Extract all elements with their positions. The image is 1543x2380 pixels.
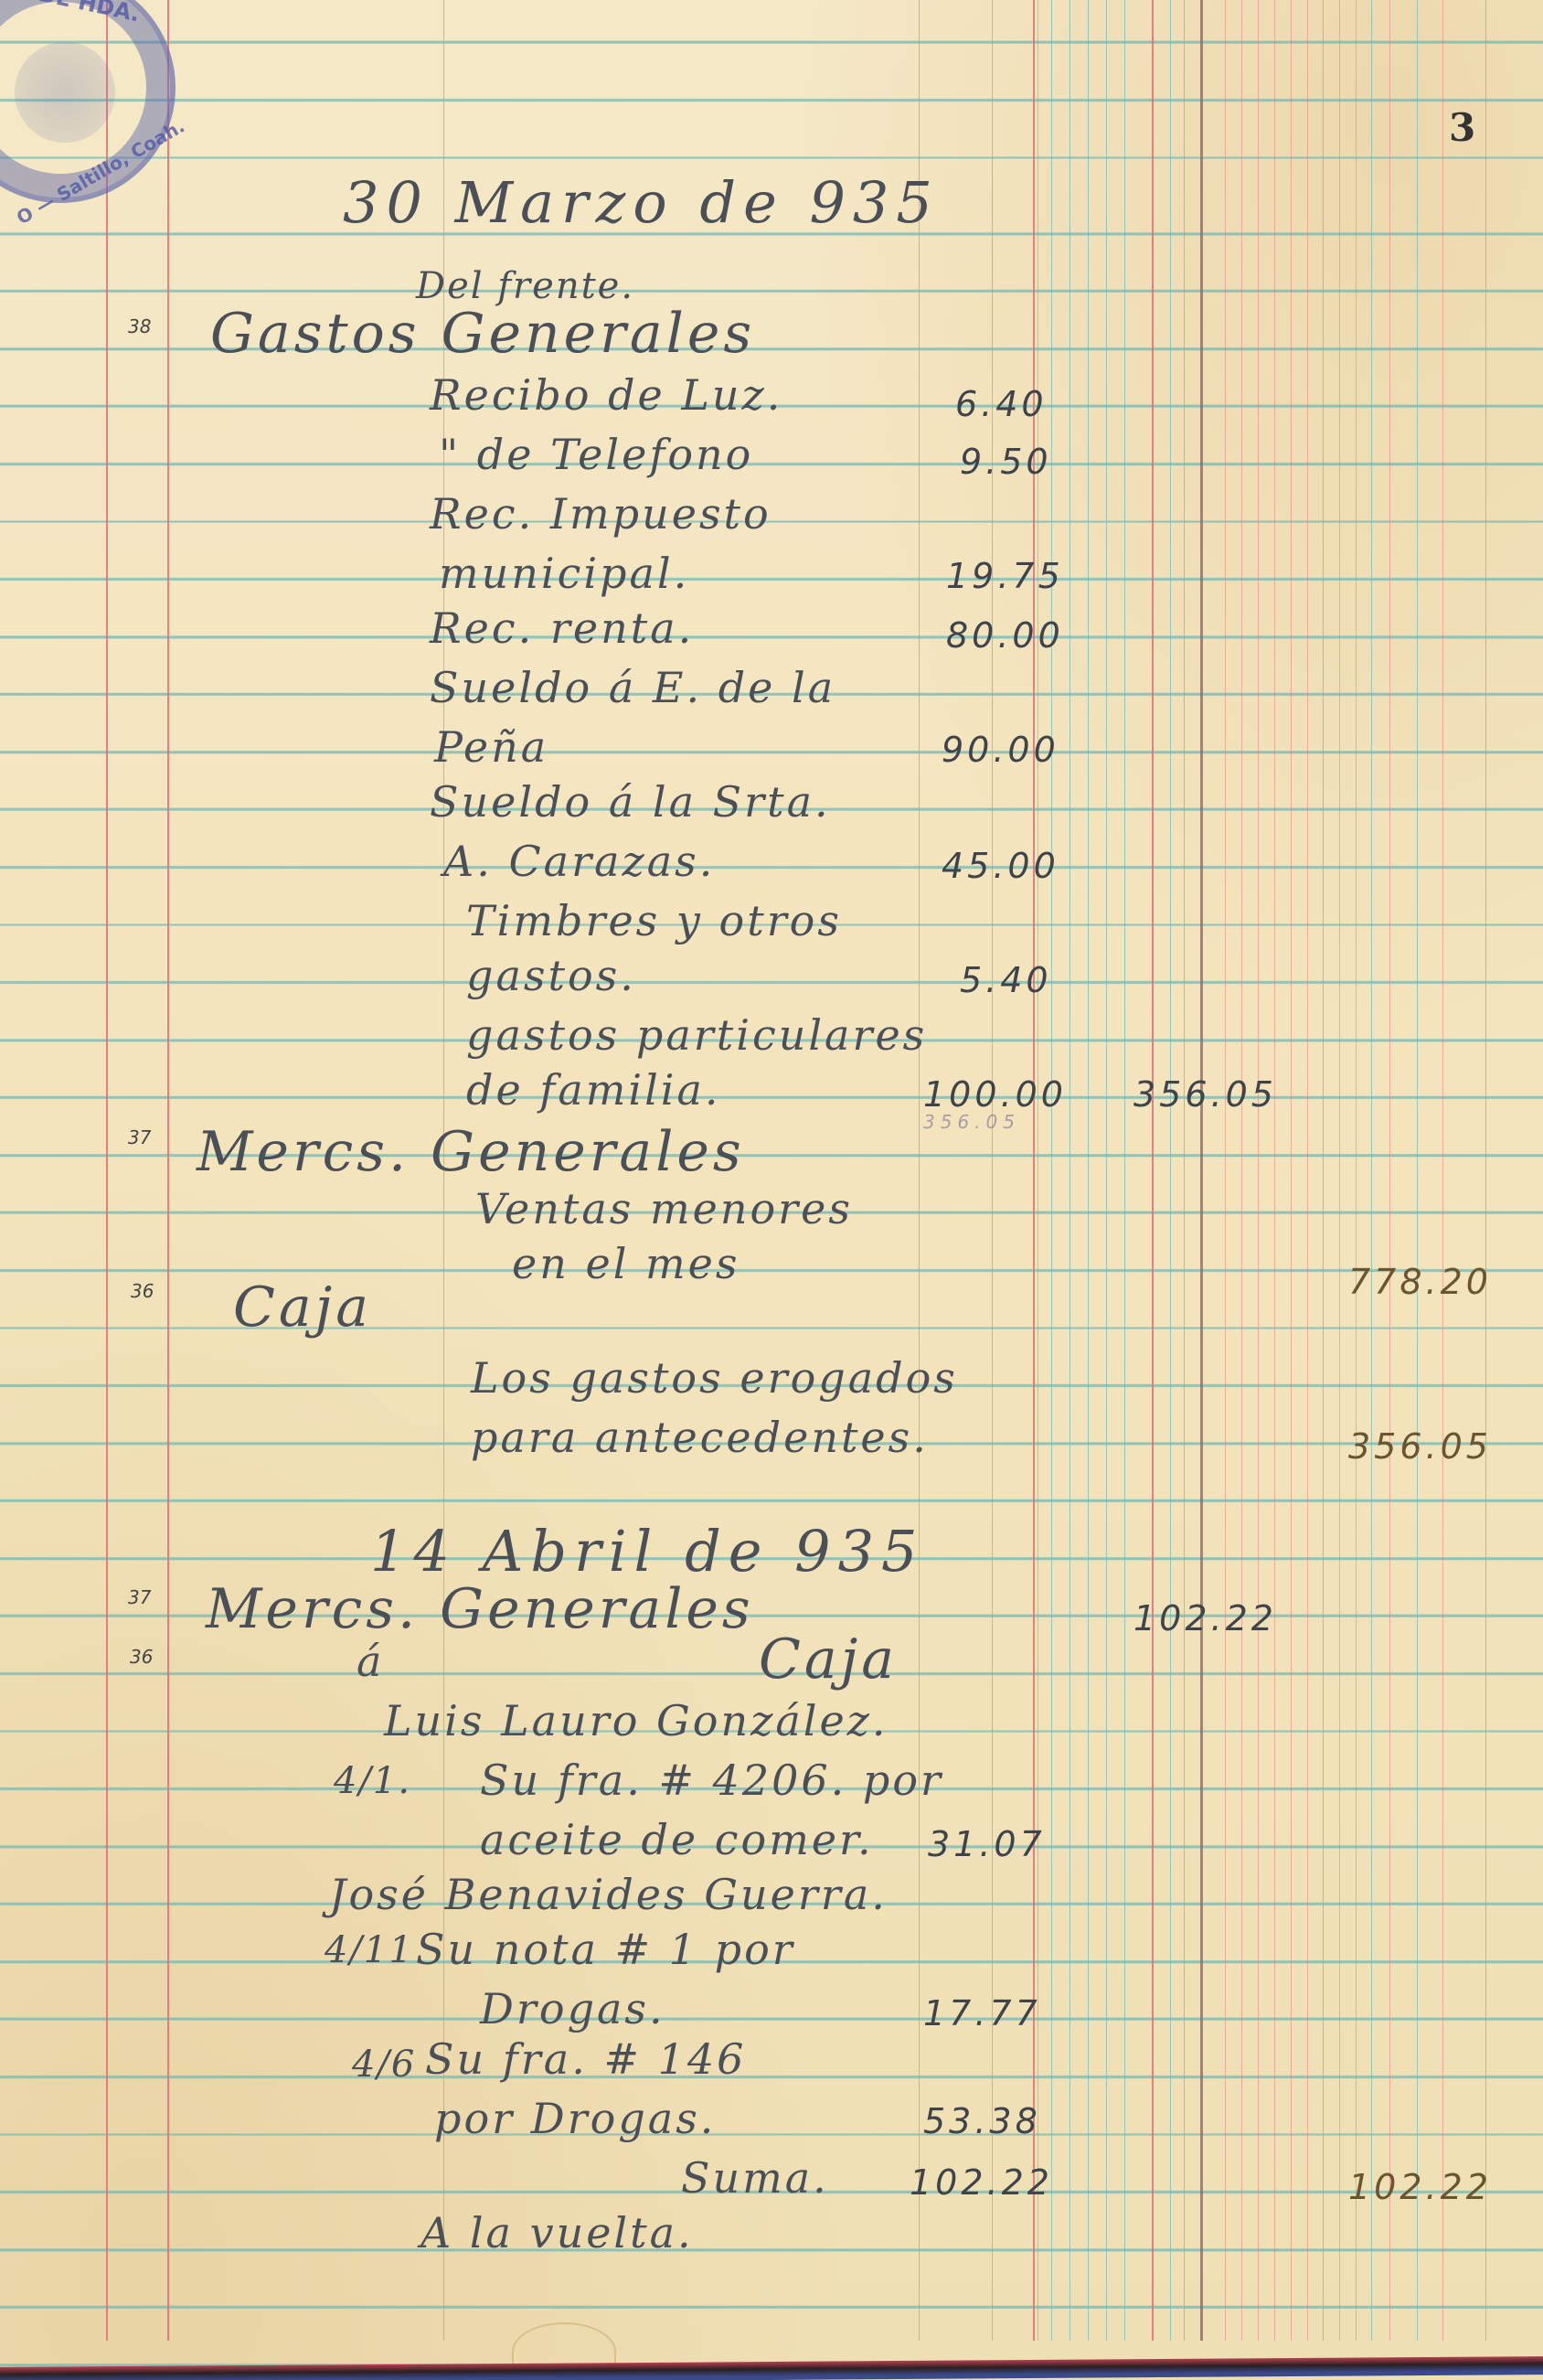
item-desc: de familia. — [466, 1065, 721, 1115]
line-date: 4/11 — [325, 1929, 414, 1971]
line-desc: Drogas. — [480, 1984, 665, 2033]
line-date: 4/1. — [334, 1760, 411, 1802]
line-desc: por Drogas. — [434, 2094, 716, 2143]
column-rule — [1152, 0, 1154, 2341]
item-amount: 6.40 — [955, 384, 1048, 424]
vendor-name: José Benavides Guerra. — [329, 1870, 888, 1919]
stamp-top-text: DE HDA. — [36, 0, 142, 27]
continued-note: A la vuelta. — [420, 2208, 694, 2257]
column-rule — [1442, 0, 1443, 2341]
item-desc: Rec. renta. — [430, 603, 694, 653]
column-divider — [1200, 0, 1203, 2341]
guide-rule — [1485, 0, 1486, 2341]
line-desc: aceite de comer. — [480, 1815, 874, 1864]
item-desc: gastos. — [466, 951, 636, 1000]
entry-line: en el mes — [512, 1239, 740, 1288]
credit-prefix: á — [356, 1637, 384, 1686]
column-rule — [1339, 0, 1340, 2341]
eagle-seal-icon — [15, 42, 115, 143]
page-edge — [0, 2356, 1543, 2380]
item-amount: 9.50 — [960, 442, 1052, 482]
item-desc: gastos particulares — [466, 1010, 927, 1060]
account-name: Caja — [759, 1628, 898, 1692]
credit-amount: 102.22 — [1348, 2167, 1492, 2207]
ledger-page: DE HDA. O — Saltillo, Coah. 3 30 Marzo d… — [0, 0, 1543, 2380]
item-desc: Recibo de Luz. — [430, 370, 782, 420]
column-rule — [1274, 0, 1275, 2341]
column-rule — [1241, 0, 1242, 2341]
column-rule — [1033, 0, 1035, 2341]
line-amount: 53.38 — [923, 2101, 1041, 2141]
sum-amount: 102.22 — [910, 2162, 1053, 2203]
item-amount: 45.00 — [942, 846, 1059, 886]
folio-ref: 36 — [130, 1646, 153, 1668]
line-desc: Su nota # 1 por — [416, 1925, 795, 1974]
guide-rule — [1371, 0, 1372, 2341]
debit-total: 356.05 — [1133, 1074, 1277, 1115]
column-rule — [1225, 0, 1226, 2341]
official-stamp: DE HDA. O — Saltillo, Coah. — [0, 0, 176, 203]
entry-line: Ventas menores — [475, 1184, 853, 1233]
page-number: 3 — [1449, 105, 1475, 150]
account-name: Mercs. Generales — [197, 1120, 745, 1184]
line-amount: 17.77 — [923, 1993, 1041, 2033]
item-desc: " de Telefono — [439, 430, 753, 479]
credit-amount: 778.20 — [1348, 1262, 1492, 1302]
account-name: Gastos Generales — [210, 302, 755, 366]
item-amount: 19.75 — [946, 556, 1064, 596]
item-amount: 90.00 — [942, 730, 1059, 770]
item-desc: Peña — [434, 722, 548, 772]
item-amount: 80.00 — [946, 615, 1064, 656]
guide-rule — [1106, 0, 1107, 2341]
item-desc: municipal. — [439, 549, 689, 598]
column-rule — [1356, 0, 1357, 2341]
guide-rule — [1088, 0, 1089, 2341]
account-name: Mercs. Generales — [206, 1577, 754, 1641]
item-amount: 5.40 — [960, 960, 1052, 1000]
margin-rule-1 — [106, 0, 108, 2341]
guide-rule — [1184, 0, 1185, 2341]
line-date: 4/6 — [352, 2044, 416, 2086]
guide-rule — [919, 0, 920, 2341]
guide-rule — [1170, 0, 1171, 2341]
vendor-name: Luis Lauro González. — [384, 1696, 889, 1745]
line-desc: Su fra. # 146 — [425, 2034, 746, 2084]
item-desc: A. Carazas. — [443, 837, 715, 886]
line-desc: Su fra. # 4206. por — [480, 1756, 943, 1805]
column-rule — [1258, 0, 1259, 2341]
debit-amount: 102.22 — [1133, 1598, 1277, 1638]
entry-date: 14 Abril de 935 — [370, 1518, 925, 1585]
folio-ref: 37 — [128, 1586, 151, 1608]
guide-rule — [1051, 0, 1052, 2341]
pencil-note: 356.05 — [923, 1111, 1020, 1133]
column-rule — [1038, 0, 1038, 2341]
line-amount: 31.07 — [928, 1824, 1046, 1864]
column-rule — [1389, 0, 1390, 2341]
entry-date: 30 Marzo de 935 — [343, 169, 940, 236]
margin-rule-2 — [167, 0, 169, 2341]
sum-label: Suma. — [681, 2153, 829, 2203]
guide-rule — [1417, 0, 1418, 2341]
guide-rule — [1124, 0, 1125, 2341]
entry-line: para antecedentes. — [471, 1413, 929, 1462]
column-rule — [1291, 0, 1292, 2341]
item-desc: Sueldo á E. de la — [430, 663, 835, 712]
folio-ref: 36 — [131, 1280, 154, 1302]
folio-ref: 38 — [128, 315, 151, 337]
guide-rule — [1069, 0, 1070, 2341]
item-desc: Sueldo á la Srta. — [430, 777, 831, 827]
guide-rule — [992, 0, 993, 2341]
account-name: Caja — [233, 1275, 372, 1339]
guide-rule — [1323, 0, 1324, 2341]
item-amount: 100.00 — [923, 1074, 1067, 1115]
credit-amount: 356.05 — [1348, 1426, 1492, 1467]
entry-line: Los gastos erogados — [471, 1353, 958, 1403]
item-desc: Rec. Impuesto — [430, 489, 771, 539]
column-rule — [1307, 0, 1308, 2341]
item-desc: Timbres y otros — [466, 896, 842, 945]
folio-ref: 37 — [128, 1126, 151, 1148]
